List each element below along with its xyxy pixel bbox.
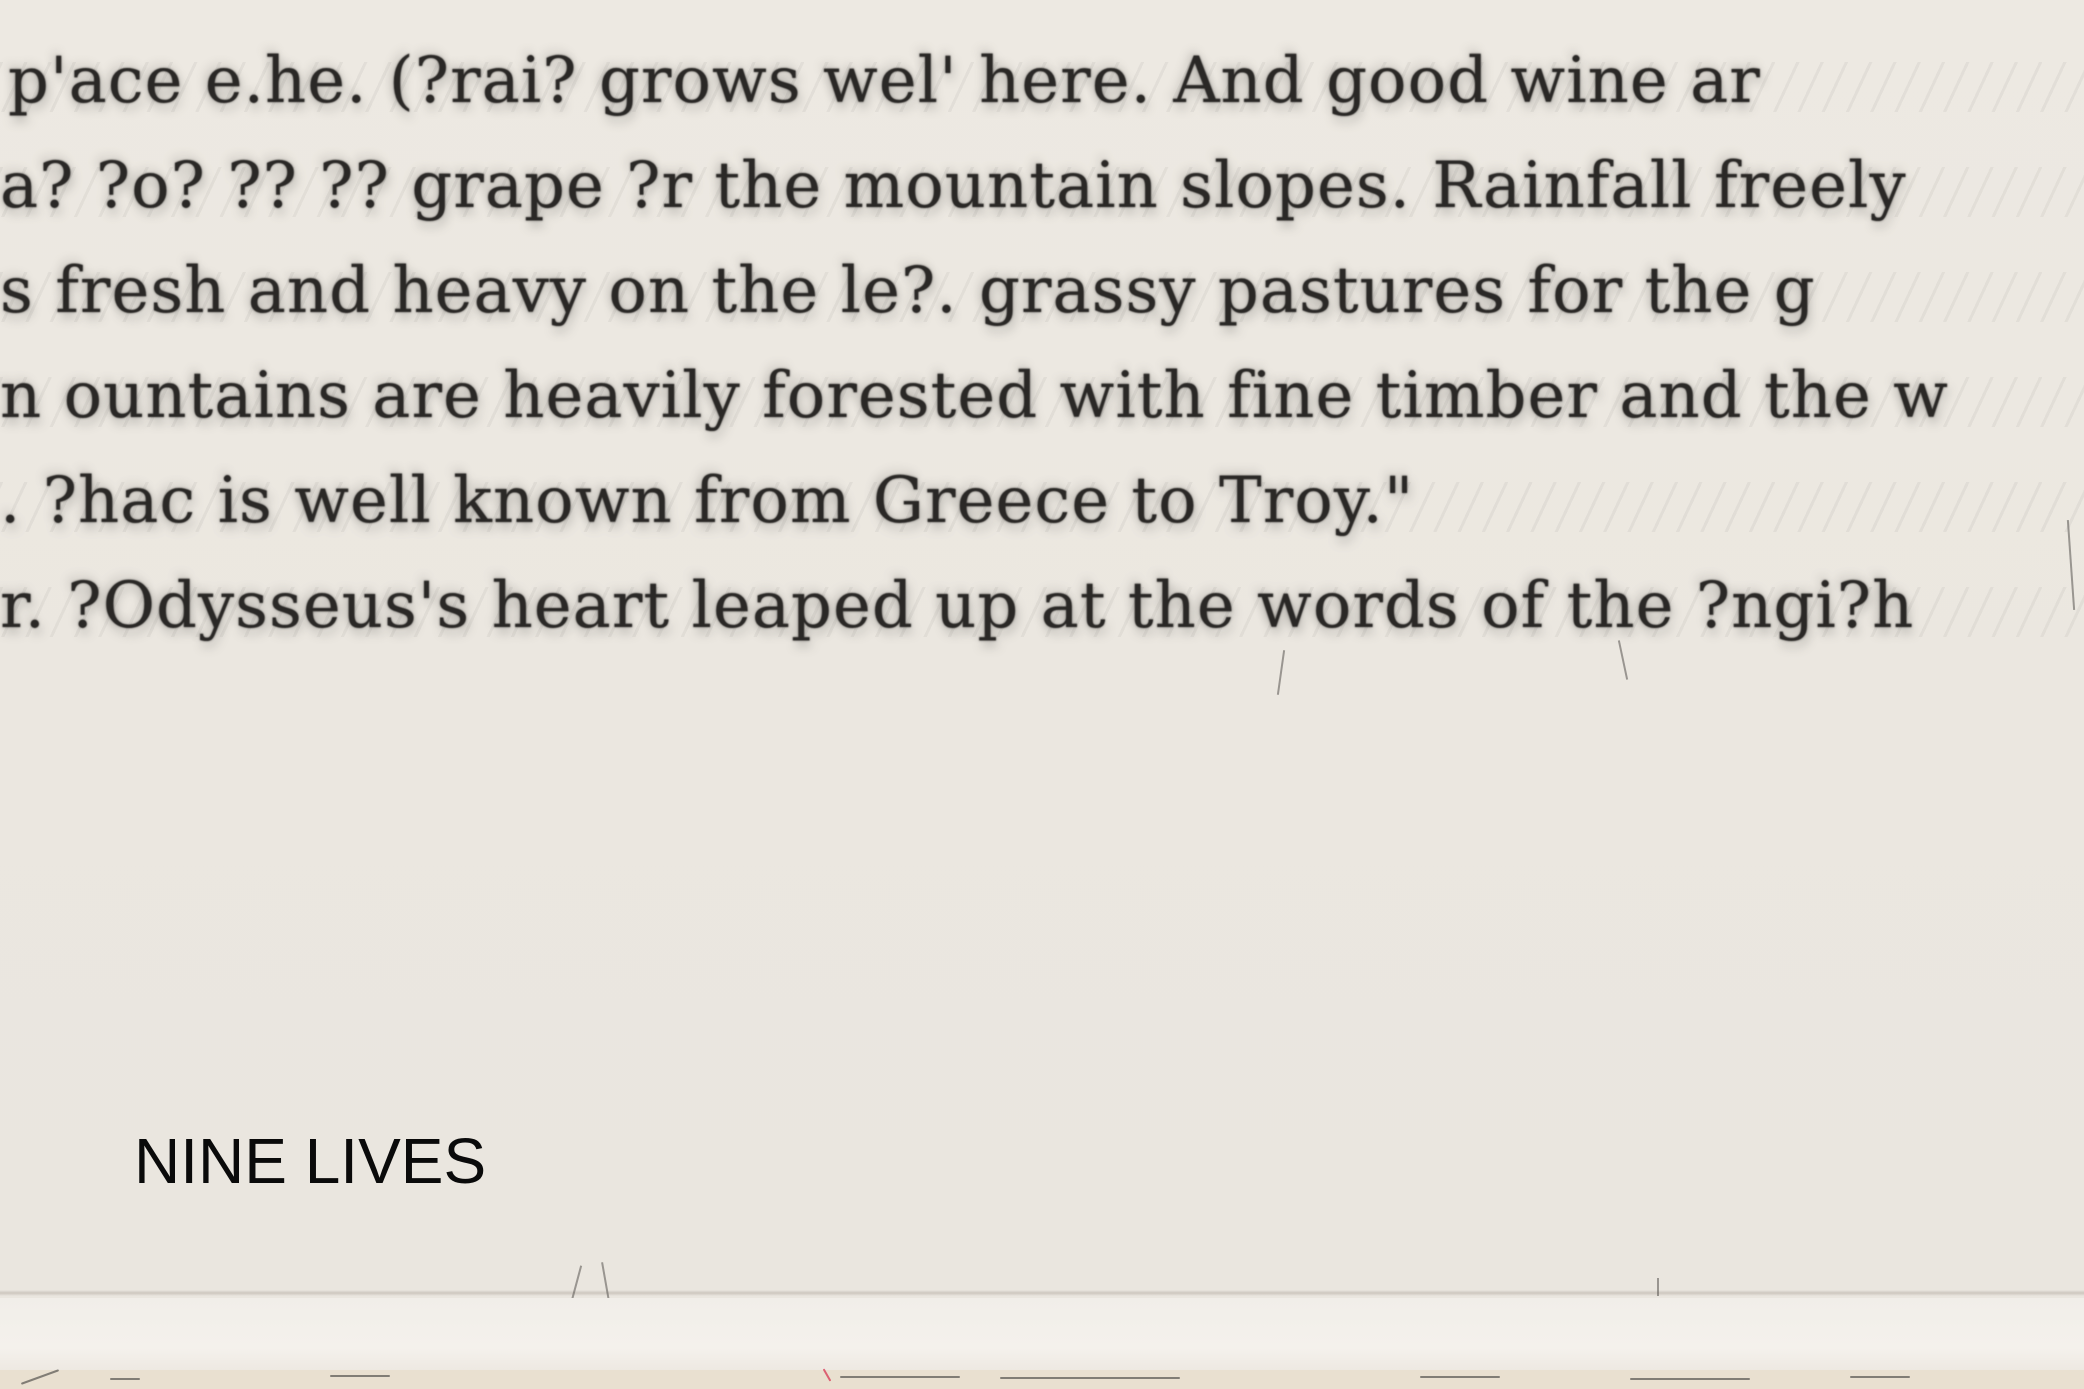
scratch-mark xyxy=(1657,1278,1659,1296)
underlying-sheet xyxy=(0,1298,2084,1370)
debris xyxy=(110,1378,140,1380)
debris xyxy=(1850,1376,1910,1378)
debris xyxy=(1420,1376,1500,1378)
artwork-title: NINE LIVES xyxy=(134,1124,486,1198)
text-line-3: s fresh and heavy on the le?. grassy pas… xyxy=(0,254,1816,328)
text-line-6: r. ?Odysseus's heart leaped up at the wo… xyxy=(0,569,1914,643)
base-strip xyxy=(0,1370,2084,1389)
debris xyxy=(330,1375,390,1377)
paper-edge xyxy=(0,1290,2084,1296)
debris xyxy=(21,1369,59,1385)
text-line-5: . ?hac is well known from Greece to Troy… xyxy=(0,464,1414,538)
debris xyxy=(823,1368,832,1381)
debris xyxy=(840,1376,960,1378)
text-line-1: p'ace e.he. (?rai? grows wel' here. And … xyxy=(8,44,1761,118)
text-line-2: a? ?o? ?? ?? grape ?r the mountain slope… xyxy=(0,149,1907,223)
debris xyxy=(1000,1377,1180,1379)
text-line-4: n ountains are heavily forested with fin… xyxy=(0,359,1949,433)
debris xyxy=(1630,1378,1750,1380)
